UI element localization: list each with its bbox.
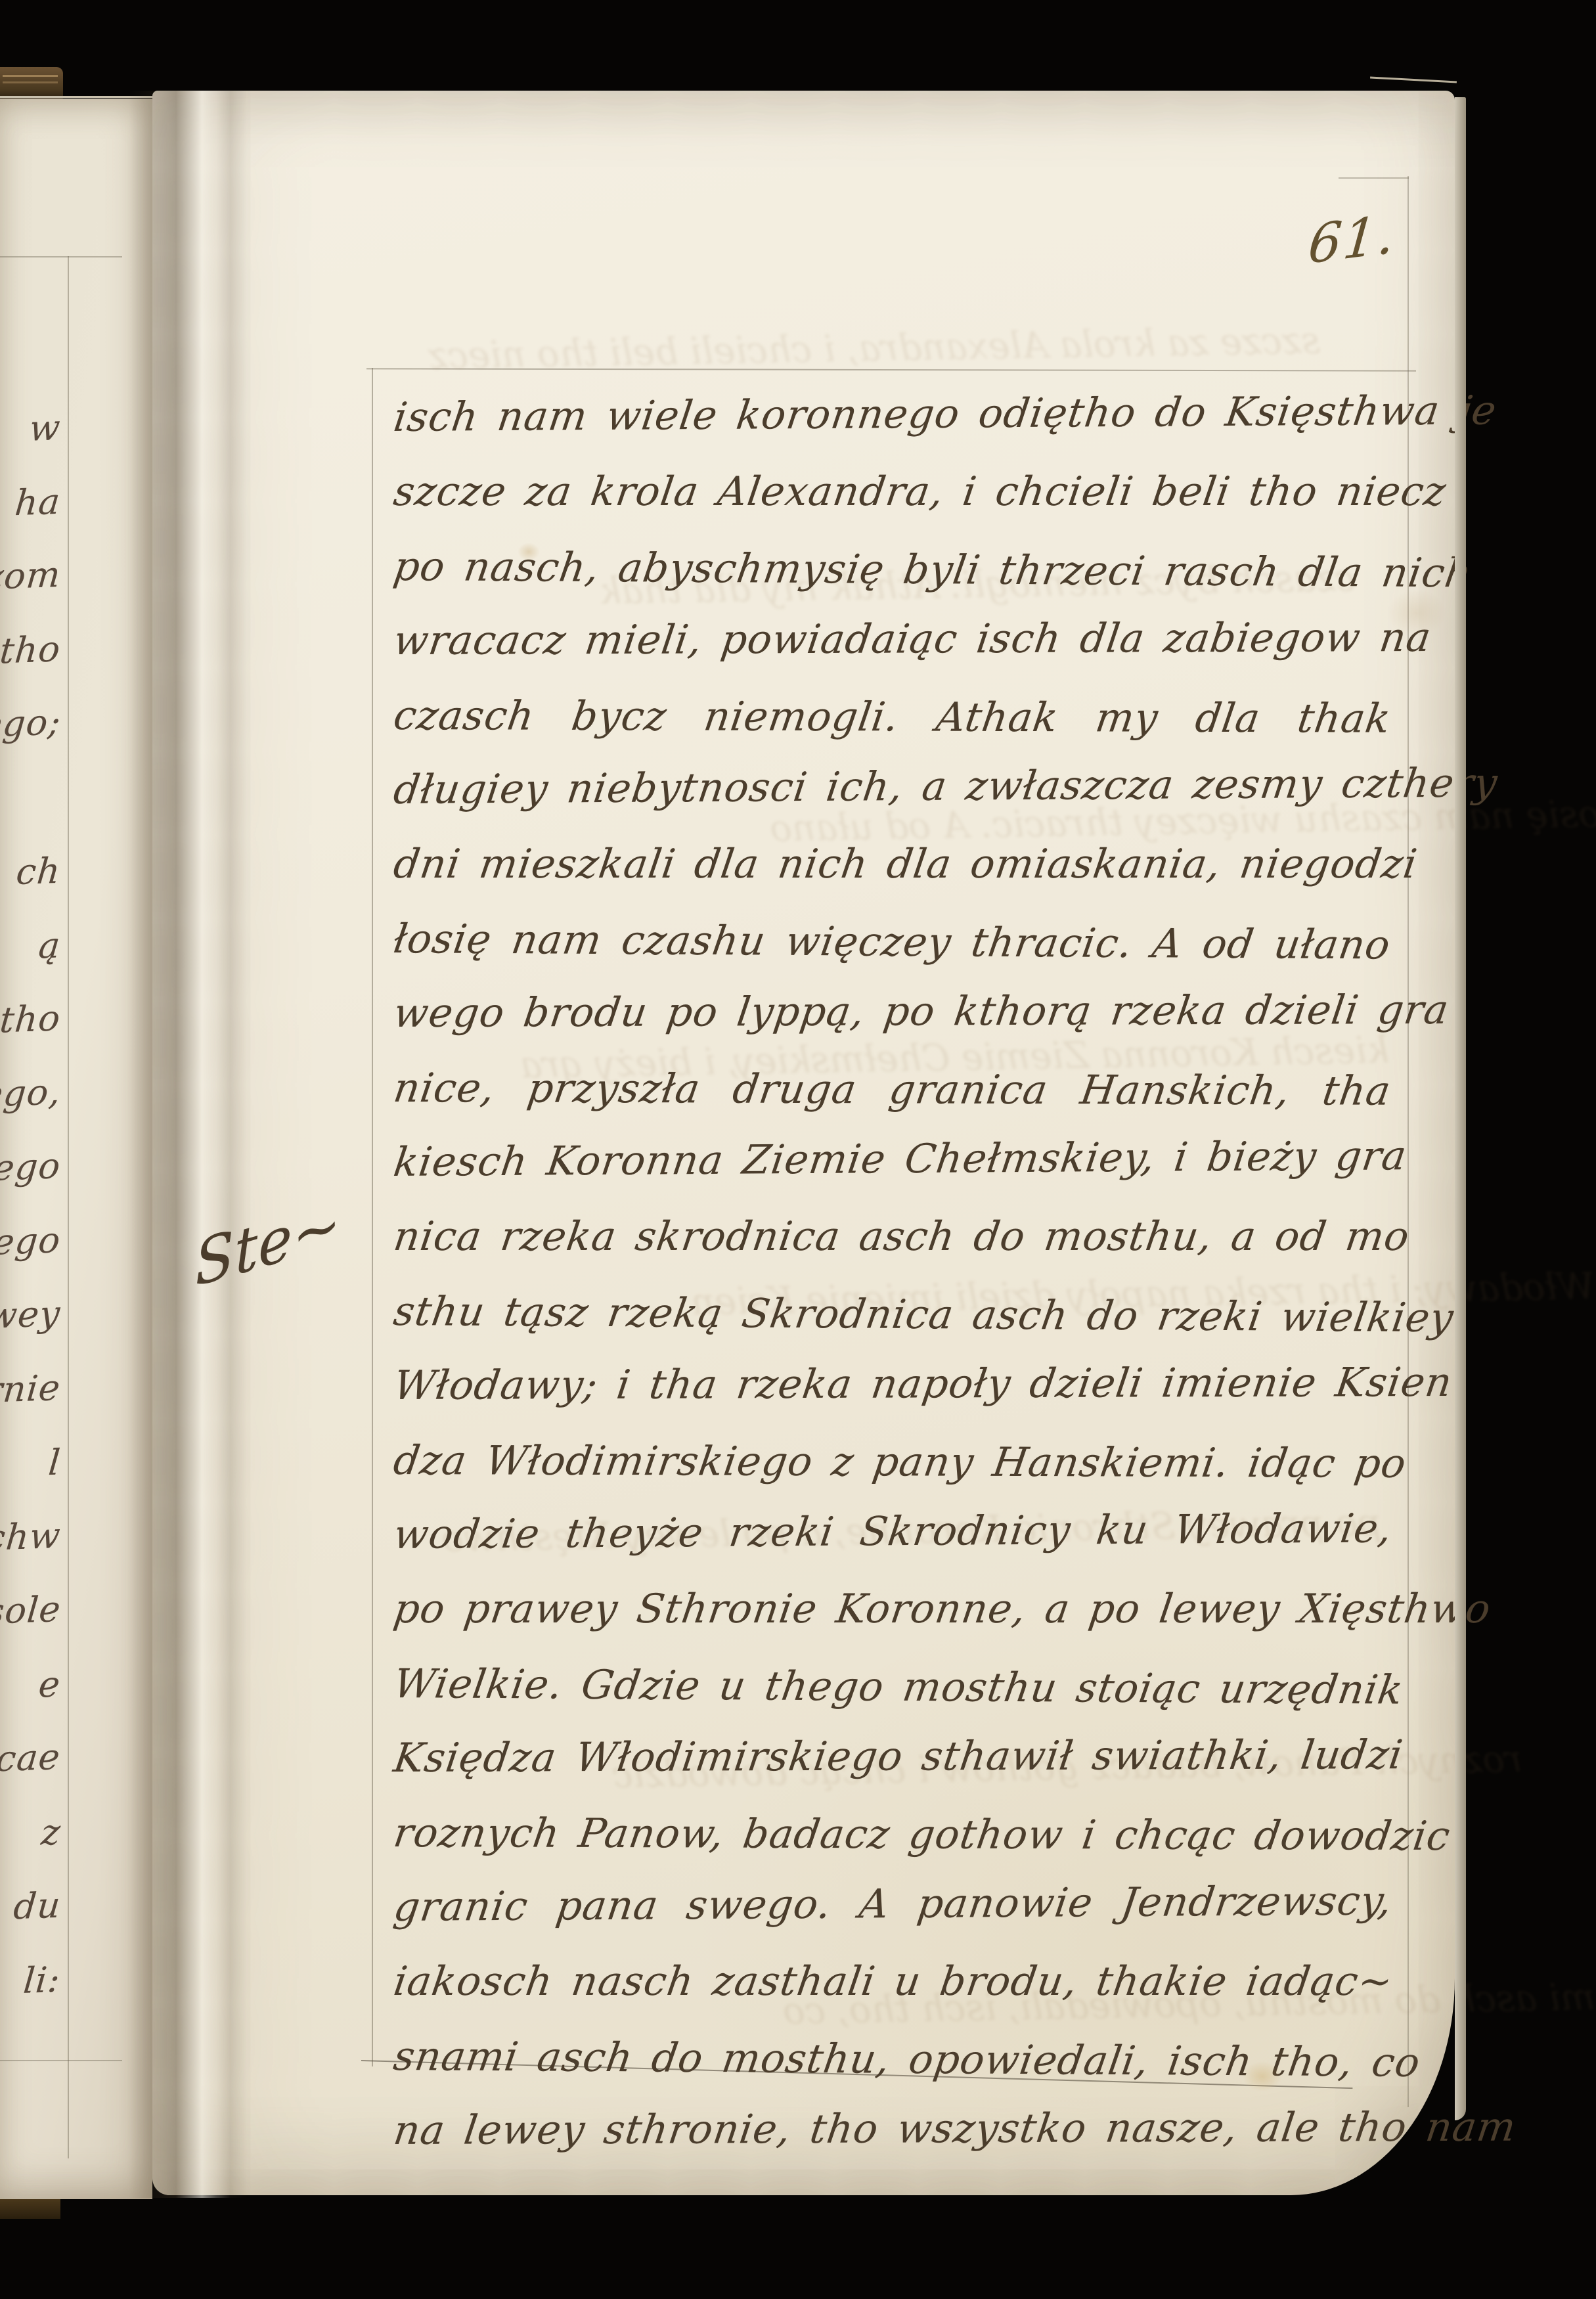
- facing-page-fragment: li:: [22, 1959, 62, 2001]
- facing-page-fragments: whazomthoiego;chąthoiego,egoegoweyrnielc…: [0, 99, 64, 2199]
- text-line: iakosch nasch zasthali u brodu, thakie i…: [391, 1958, 1394, 2005]
- book-scan: whazomthoiego;chąthoiego,egoegoweyrnielc…: [0, 0, 1596, 2299]
- text-line: roznych Panow, badacz gothow i chcąc dow…: [391, 1810, 1394, 1860]
- text-line: kiesch Koronna Ziemie Chełmskiey, i bież…: [391, 1132, 1395, 1186]
- text-line: sthu tąsz rzeką Skrodnica asch do rzeki …: [391, 1288, 1394, 1341]
- text-line: szcze za krola Alexandra, i chcieli beli…: [391, 468, 1394, 515]
- facing-page-fragment: iego,: [0, 1071, 62, 1115]
- facing-page-fragment: tho: [0, 997, 62, 1040]
- page-stack-edge: [0, 67, 63, 100]
- facing-page-fragment: rnie: [0, 1367, 62, 1411]
- facing-page-fragment: sole: [0, 1588, 62, 1632]
- facing-page-fragment: chw: [0, 1515, 62, 1559]
- manuscript-text: isch nam wiele koronnego odiętho do Księ…: [152, 91, 1455, 2195]
- text-line: na lewey sthronie, tho wszystko nasze, a…: [391, 2104, 1394, 2154]
- text-line: dni mieszkali dla nich dla omiaskania, n…: [391, 841, 1394, 887]
- text-line: wracacz mieli, powiadaiąc isch dla zabie…: [391, 614, 1394, 664]
- text-line: dza Włodimirskiego z pany Hanskiemi. idą…: [391, 1437, 1394, 1487]
- text-line: wego brodu po lyppą, po kthorą rzeka dzi…: [391, 987, 1394, 1037]
- text-line: nice, przyszła druga granica Hanskich, t…: [391, 1065, 1394, 1115]
- text-line: czasch bycz niemogli. Athak my dla thak: [391, 692, 1394, 742]
- pencil-rule-left-page: [68, 256, 69, 2158]
- text-line: po nasch, abyschmysię byli thrzeci rasch…: [391, 543, 1394, 596]
- text-line: granic pana swego. A panowie Jendrzewscy…: [391, 1877, 1395, 1931]
- facing-page-fragment: e: [37, 1663, 62, 1705]
- text-line: nica rzeka skrodnica asch do mosthu, a o…: [391, 1213, 1394, 1260]
- facing-page-fragment: wey: [0, 1293, 62, 1337]
- text-line: Wielkie. Gdzie u thego mosthu stoiąc urz…: [391, 1661, 1394, 1714]
- text-line: snami asch do mosthu, opowiedali, isch t…: [391, 2033, 1394, 2086]
- text-line: Księdza Włodimirskiego sthawił swiathki,…: [391, 1731, 1394, 1781]
- page-edge-line: [1370, 77, 1457, 83]
- facing-page-fragment: l: [47, 1442, 62, 1484]
- text-line: łosię nam czashu więczey thracic. A od u…: [391, 916, 1394, 969]
- facing-page-fragment: zom: [0, 554, 62, 598]
- text-line: długiey niebytnosci ich, a zwłaszcza zes…: [391, 760, 1395, 813]
- text-line: Włodawy; i tha rzeka napoły dzieli imien…: [391, 1359, 1394, 1409]
- text-line: po prawey Sthronie Koronne, a po lewey X…: [391, 1586, 1394, 1632]
- text-line: isch nam wiele koronnego odiętho do Księ…: [391, 388, 1395, 441]
- facing-page-fragment: w: [28, 407, 62, 449]
- facing-page-fragment: ego: [0, 1145, 62, 1189]
- manuscript-page: szcze za krola Alexandra, i chcieli beli…: [152, 91, 1455, 2195]
- facing-page-fragment: iego;: [0, 702, 62, 746]
- facing-page-fragment: z: [39, 1811, 62, 1853]
- facing-page-fragment: du: [12, 1885, 62, 1927]
- facing-page-fragment: ha: [13, 480, 62, 523]
- facing-page-fragment: icae: [0, 1736, 62, 1780]
- facing-page-fragment: ch: [14, 850, 62, 893]
- facing-page-fragment: ego: [0, 1219, 62, 1263]
- text-line: wodzie theyże rzeki Skrodnicy ku Włodawi…: [391, 1505, 1395, 1558]
- facing-page-edge: whazomthoiego;chąthoiego,egoegoweyrnielc…: [0, 99, 152, 2199]
- facing-page-fragment: tho: [0, 628, 62, 671]
- facing-page-fragment: ą: [37, 924, 62, 966]
